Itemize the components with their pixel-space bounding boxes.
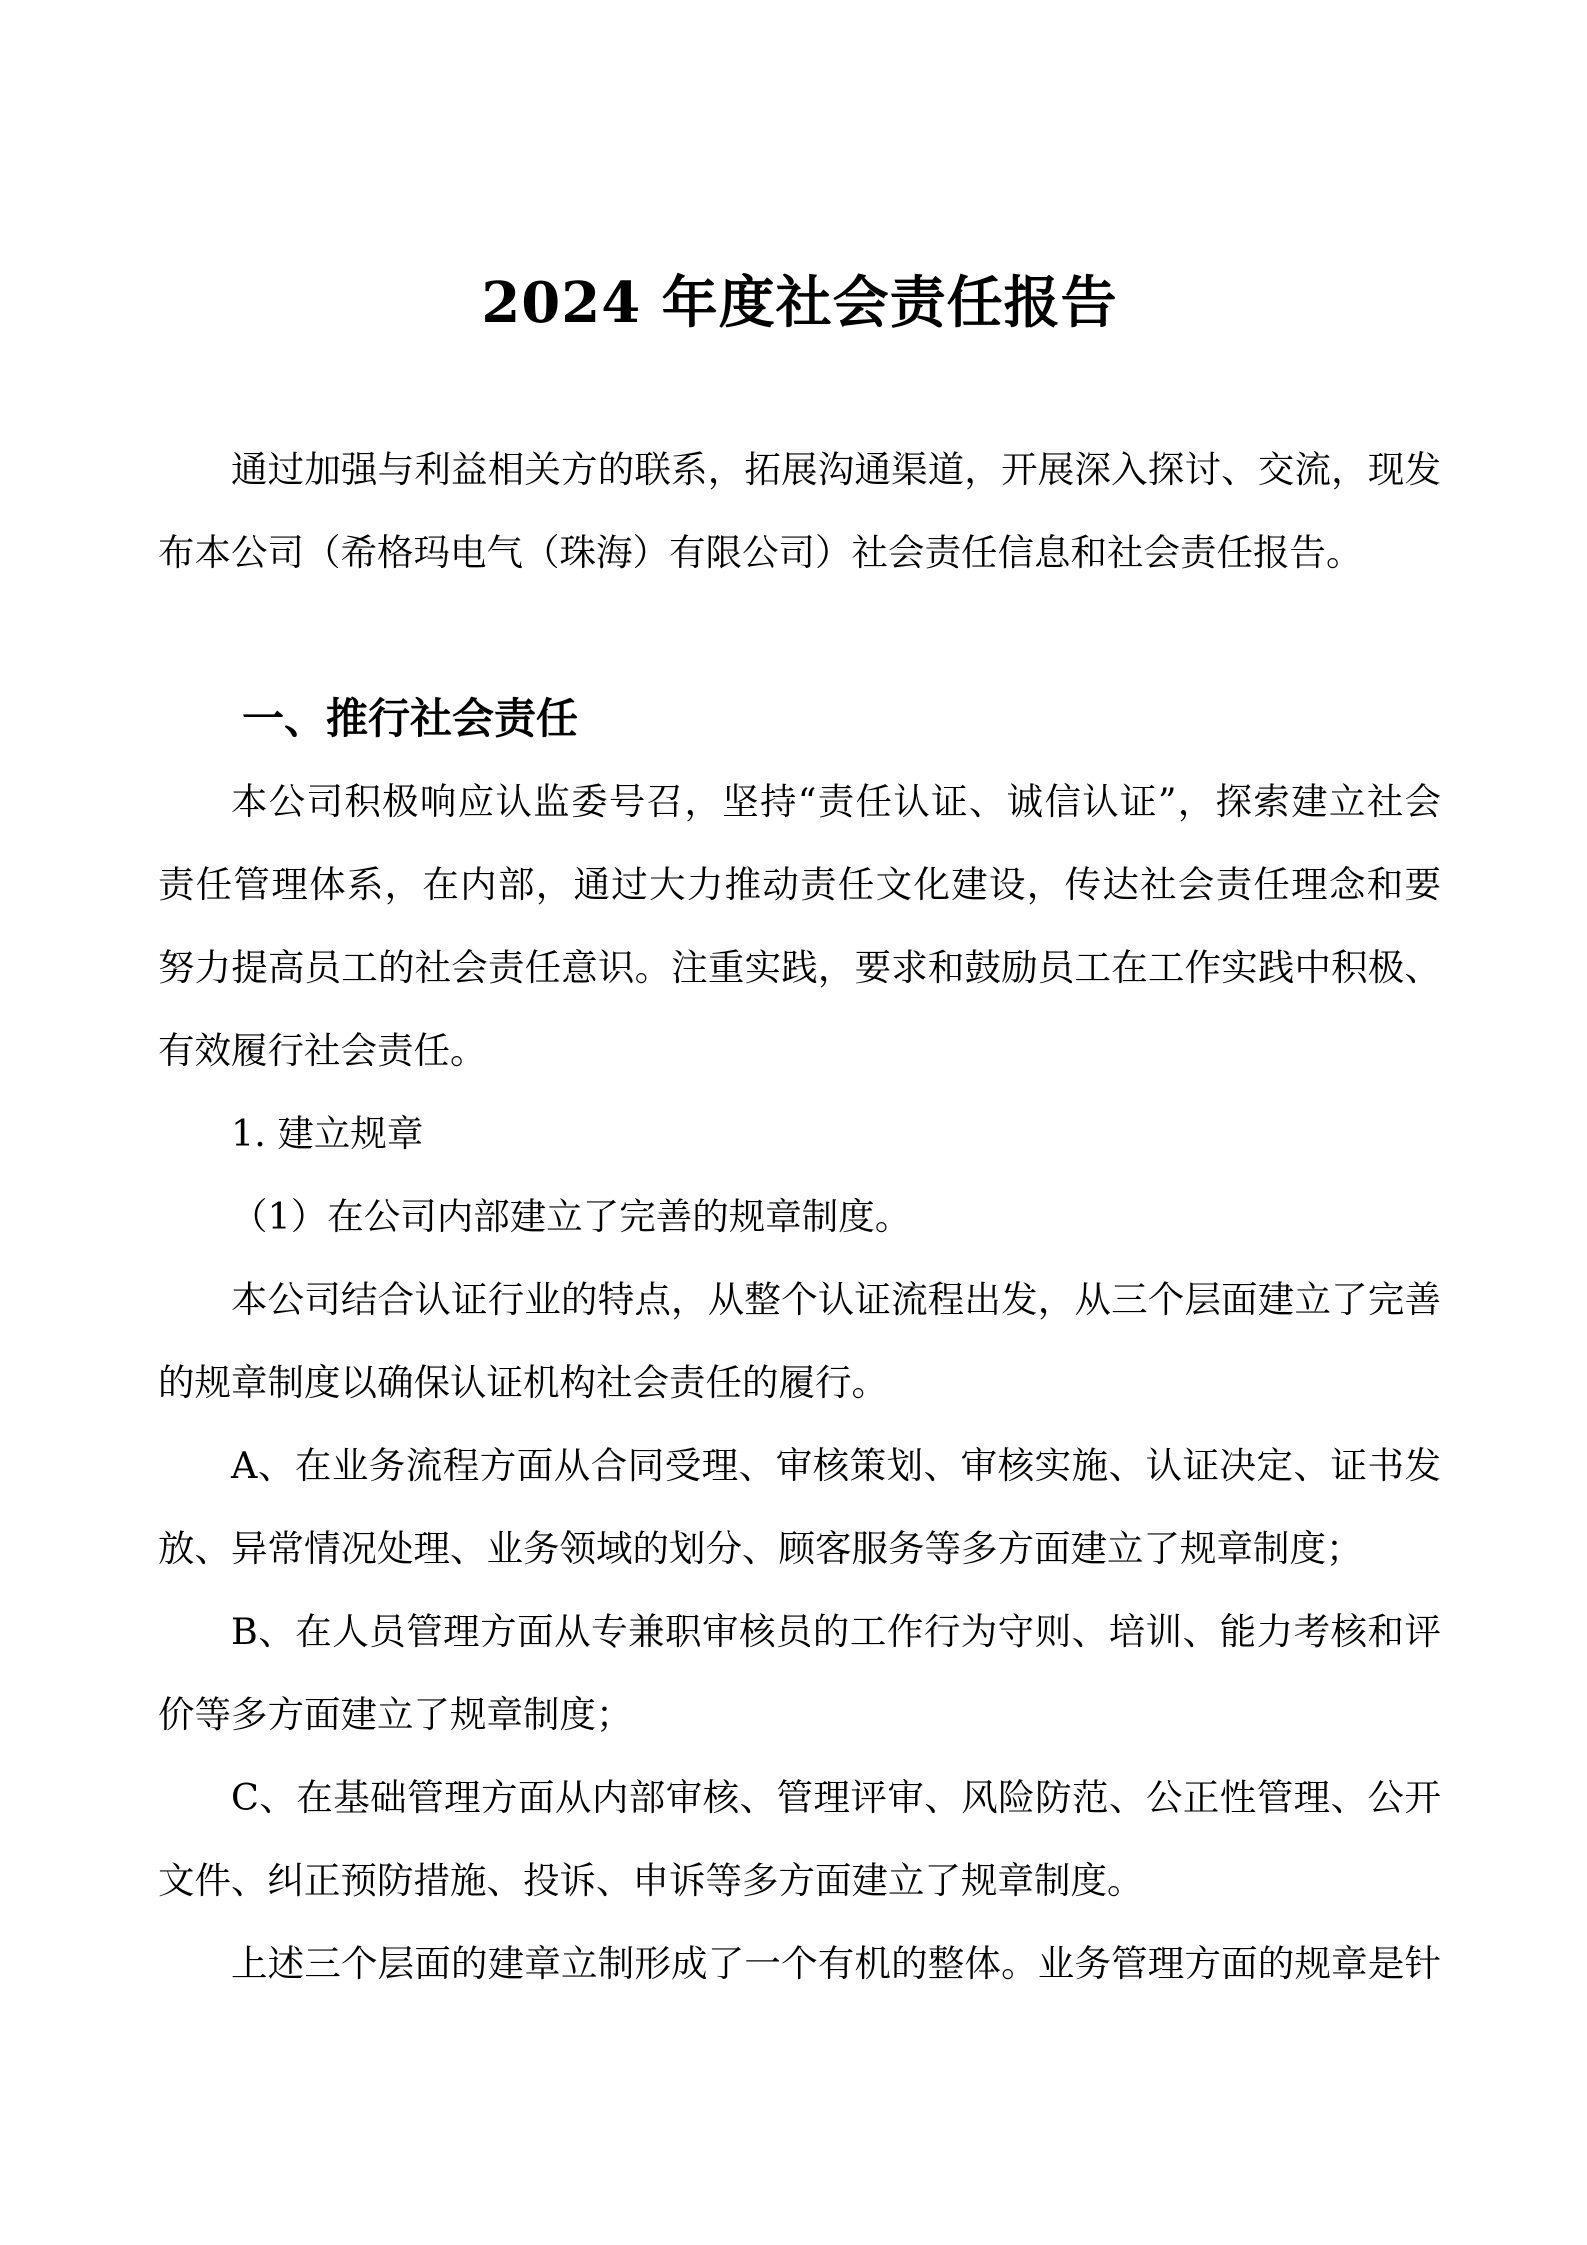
document-title: 2024 年度社会责任报告: [158, 262, 1441, 345]
text-line: （1）在公司内部建立了完善的规章制度。: [158, 1175, 1441, 1258]
document-lines: 通过加强与利益相关方的联系，拓展沟通渠道，开展深入探讨、交流，现发布本公司（希格…: [158, 428, 1441, 2005]
section-heading: 一、推行社会责任: [158, 677, 1441, 760]
text-line: 布本公司（希格玛电气（珠海）有限公司）社会责任信息和社会责任报告。: [158, 511, 1441, 594]
text-line: 的规章制度以确保认证机构社会责任的履行。: [158, 1341, 1441, 1424]
text-line: 本公司结合认证行业的特点，从整个认证流程出发，从三个层面建立了完善: [158, 1258, 1441, 1341]
text-line: B、在人员管理方面从专兼职审核员的工作行为守则、培训、能力考核和评: [158, 1590, 1441, 1673]
text-line: A、在业务流程方面从合同受理、审核策划、审核实施、认证决定、证书发: [158, 1424, 1441, 1507]
text-line: 文件、纠正预防措施、投诉、申诉等多方面建立了规章制度。: [158, 1839, 1441, 1922]
text-line: 通过加强与利益相关方的联系，拓展沟通渠道，开展深入探讨、交流，现发: [158, 428, 1441, 511]
text-line: 放、异常情况处理、业务领域的划分、顾客服务等多方面建立了规章制度；: [158, 1507, 1441, 1590]
text-line: 责任管理体系，在内部，通过大力推动责任文化建设，传达社会责任理念和要求，: [158, 843, 1441, 926]
blank-line: [158, 345, 1441, 428]
document-page: 2024 年度社会责任报告 通过加强与利益相关方的联系，拓展沟通渠道，开展深入探…: [0, 0, 1587, 2245]
text-line: 努力提高员工的社会责任意识。注重实践，要求和鼓励员工在工作实践中积极、: [158, 926, 1441, 1009]
text-line: 本公司积极响应认监委号召，坚持“责任认证、诚信认证”，探索建立社会: [158, 760, 1441, 843]
blank-line: [158, 594, 1441, 677]
text-line: 1. 建立规章: [158, 1092, 1441, 1175]
text-line: 上述三个层面的建章立制形成了一个有机的整体。业务管理方面的规章是针: [158, 1922, 1441, 2005]
text-line: 有效履行社会责任。: [158, 1009, 1441, 1092]
text-line: 价等多方面建立了规章制度；: [158, 1673, 1441, 1756]
text-line: C、在基础管理方面从内部审核、管理评审、风险防范、公正性管理、公开: [158, 1756, 1441, 1839]
